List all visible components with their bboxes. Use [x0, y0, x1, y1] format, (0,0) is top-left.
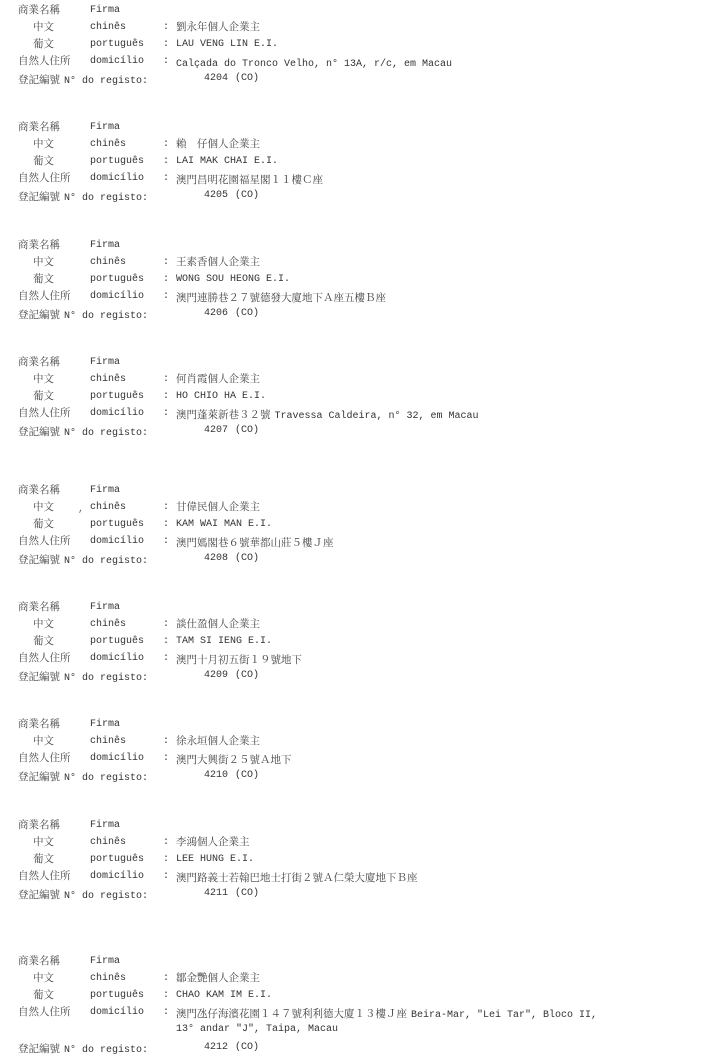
colon: : [163, 53, 169, 70]
portuguese-label-zh: 葡文 [33, 633, 54, 650]
registration-label-zh: 登記編號 [18, 74, 60, 86]
registration-label: 登記編號 N° do registo: [18, 667, 148, 687]
colon: : [163, 499, 169, 516]
colon: : [163, 371, 169, 388]
portuguese-name: KAM WAI MAN E.I. [176, 516, 272, 533]
registration-code: (CO) [235, 305, 259, 322]
chinese-name: 李鴻個人企業主 [176, 834, 250, 851]
domicile-label-pt: domicílio [90, 533, 144, 550]
registry-page: { "labels": { "firma_zh": "商業名稱", "firma… [0, 0, 711, 1057]
portuguese-label-zh: 葡文 [33, 271, 54, 288]
chinese-label-zh: 中文 [33, 499, 54, 516]
domicile-label-pt: domicílio [90, 650, 144, 667]
portuguese-label-zh: 葡文 [33, 851, 54, 868]
colon: : [163, 516, 169, 533]
portuguese-label-pt: português [90, 271, 144, 288]
portuguese-name: LEE HUNG E.I. [176, 851, 254, 868]
portuguese-label-pt: português [90, 36, 144, 53]
chinese-label-pt: chinês [90, 616, 126, 633]
registration-label-pt: N° do registo: [64, 673, 148, 684]
chinese-label-pt: chinês [90, 19, 126, 36]
domicile-pt: Beira-Mar, "Lei Tar", Bloco II, [411, 1010, 597, 1021]
registration-number: 4211 [204, 885, 228, 902]
chinese-name: 鄒金艷個人企業主 [176, 970, 260, 987]
registration-label-pt: N° do registo: [64, 311, 148, 322]
domicile-label-pt: domicílio [90, 288, 144, 305]
registration-label-zh: 登記編號 [18, 554, 60, 566]
domicile-zh: 澳門昌明花園福星閣１１樓Ｃ座 [176, 174, 323, 186]
firma-label-pt: Firma [90, 953, 120, 970]
colon: : [163, 136, 169, 153]
chinese-name: 談仕盈個人企業主 [176, 616, 260, 633]
registration-label-pt: N° do registo: [64, 1045, 148, 1056]
registration-number: 4205 [204, 187, 228, 204]
colon: : [163, 868, 169, 885]
registration-label: 登記編號 N° do registo: [18, 550, 148, 570]
colon: : [163, 533, 169, 550]
domicile-label-zh: 自然人住所 [18, 1004, 71, 1021]
firma-label-pt: Firma [90, 599, 120, 616]
chinese-label-zh: 中文 [33, 970, 54, 987]
registration-number: 4212 [204, 1039, 228, 1056]
colon: : [163, 388, 169, 405]
domicile-label-zh: 自然人住所 [18, 53, 71, 70]
chinese-name: 劉永年個人企業主 [176, 19, 260, 36]
registration-code: (CO) [235, 885, 259, 902]
registration-label-zh: 登記編號 [18, 671, 60, 683]
domicile-zh: 澳門十月初五街１９號地下 [176, 654, 302, 666]
registration-code: (CO) [235, 70, 259, 87]
chinese-label-pt: chinês [90, 136, 126, 153]
colon: : [163, 288, 169, 305]
portuguese-name: LAI MAK CHAI E.I. [176, 153, 278, 170]
firma-label-pt: Firma [90, 817, 120, 834]
colon: : [163, 851, 169, 868]
colon: : [163, 834, 169, 851]
registration-label-pt: N° do registo: [64, 891, 148, 902]
domicile-zh: 澳門媽閣巷６號華都山莊５樓Ｊ座 [176, 537, 334, 549]
chinese-name: 徐永垣個人企業主 [176, 733, 260, 750]
domicile-zh: 澳門大興街２５號Ａ地下 [176, 754, 292, 766]
registration-number: 4209 [204, 667, 228, 684]
colon: : [163, 750, 169, 767]
registration-label-zh: 登記編號 [18, 309, 60, 321]
registration-label: 登記編號 N° do registo: [18, 1039, 148, 1057]
registration-label: 登記編號 N° do registo: [18, 187, 148, 207]
chinese-label-pt: chinês [90, 499, 126, 516]
colon: : [163, 633, 169, 650]
portuguese-name: CHAO KAM IM E.I. [176, 987, 272, 1004]
domicile-label-pt: domicílio [90, 1004, 144, 1021]
registration-code: (CO) [235, 550, 259, 567]
chinese-name: 賴 仔個人企業主 [176, 136, 260, 153]
domicile-zh: 澳門蓬萊新巷３２號 [176, 409, 271, 421]
registration-number: 4207 [204, 422, 228, 439]
registration-code: (CO) [235, 187, 259, 204]
colon: : [163, 271, 169, 288]
firma-label-pt: Firma [90, 2, 120, 19]
chinese-label-zh: 中文 [33, 19, 54, 36]
domicile-label-pt: domicílio [90, 405, 144, 422]
registration-label: 登記編號 N° do registo: [18, 305, 148, 325]
colon: : [163, 36, 169, 53]
registration-number: 4210 [204, 767, 228, 784]
portuguese-label-pt: português [90, 153, 144, 170]
chinese-name: 何肖霞個人企業主 [176, 371, 260, 388]
registration-code: (CO) [235, 667, 259, 684]
portuguese-name: TAM SI IENG E.I. [176, 633, 272, 650]
portuguese-label-pt: português [90, 633, 144, 650]
chinese-label-pt: chinês [90, 371, 126, 388]
colon: : [163, 254, 169, 271]
firma-label-zh: 商業名稱 [18, 953, 60, 970]
registration-label-pt: N° do registo: [64, 773, 148, 784]
colon: : [163, 19, 169, 36]
registration-label-zh: 登記編號 [18, 191, 60, 203]
domicile-value-line2: 13° andar "J", Taipa, Macau [176, 1021, 338, 1038]
domicile-label-zh: 自然人住所 [18, 750, 71, 767]
firma-label-pt: Firma [90, 119, 120, 136]
domicile-label-zh: 自然人住所 [18, 650, 71, 667]
firma-label-zh: 商業名稱 [18, 237, 60, 254]
chinese-label-pt: chinês [90, 733, 126, 750]
firma-label-pt: Firma [90, 482, 120, 499]
colon: : [163, 733, 169, 750]
registration-label: 登記編號 N° do registo: [18, 885, 148, 905]
firma-label-zh: 商業名稱 [18, 716, 60, 733]
portuguese-name: WONG SOU HEONG E.I. [176, 271, 290, 288]
registration-code: (CO) [235, 422, 259, 439]
colon: : [163, 987, 169, 1004]
chinese-label-zh: 中文 [33, 834, 54, 851]
chinese-label-pt: chinês [90, 970, 126, 987]
portuguese-label-pt: português [90, 851, 144, 868]
chinese-label-zh: 中文 [33, 136, 54, 153]
registration-label-pt: N° do registo: [64, 76, 148, 87]
registration-code: (CO) [235, 1039, 259, 1056]
chinese-label-zh: 中文 [33, 371, 54, 388]
portuguese-label-zh: 葡文 [33, 36, 54, 53]
firma-label-zh: 商業名稱 [18, 599, 60, 616]
firma-label-pt: Firma [90, 237, 120, 254]
domicile-zh: 澳門氹仔海濱花園１４７號利利德大廈１３樓Ｊ座 [176, 1008, 407, 1020]
chinese-label-zh: 中文 [33, 733, 54, 750]
registration-label-zh: 登記編號 [18, 771, 60, 783]
domicile-pt: Calçada do Tronco Velho, n° 13A, r/c, em… [176, 59, 452, 70]
chinese-label-zh: 中文 [33, 616, 54, 633]
registration-label-pt: N° do registo: [64, 193, 148, 204]
chinese-name: 甘偉民個人企業主 [176, 499, 260, 516]
registration-label: 登記編號 N° do registo: [18, 422, 148, 442]
registration-label: 登記編號 N° do registo: [18, 70, 148, 90]
chinese-label-pt: chinês [90, 254, 126, 271]
colon: : [163, 616, 169, 633]
portuguese-name: LAU VENG LIN E.I. [176, 36, 278, 53]
portuguese-label-zh: 葡文 [33, 388, 54, 405]
domicile-label-pt: domicílio [90, 53, 144, 70]
registration-label-pt: N° do registo: [64, 428, 148, 439]
registration-label-zh: 登記編號 [18, 889, 60, 901]
domicile-label-zh: 自然人住所 [18, 405, 71, 422]
colon: : [163, 650, 169, 667]
registration-number: 4206 [204, 305, 228, 322]
firma-label-zh: 商業名稱 [18, 817, 60, 834]
colon: : [163, 405, 169, 422]
portuguese-label-zh: 葡文 [33, 516, 54, 533]
portuguese-label-pt: português [90, 388, 144, 405]
firma-label-zh: 商業名稱 [18, 482, 60, 499]
domicile-zh: 澳門路義士若翰巴地士打街２號Ａ仁榮大廈地下Ｂ座 [176, 872, 418, 884]
portuguese-label-zh: 葡文 [33, 153, 54, 170]
portuguese-label-pt: português [90, 987, 144, 1004]
firma-label-zh: 商業名稱 [18, 119, 60, 136]
colon: : [163, 170, 169, 187]
domicile-zh: 澳門連勝巷２７號德發大廈地下Ａ座五樓Ｂ座 [176, 292, 386, 304]
registration-label-pt: N° do registo: [64, 556, 148, 567]
colon: : [163, 1004, 169, 1021]
domicile-label-zh: 自然人住所 [18, 868, 71, 885]
registration-number: 4208 [204, 550, 228, 567]
registration-label-zh: 登記編號 [18, 426, 60, 438]
domicile-label-zh: 自然人住所 [18, 288, 71, 305]
domicile-pt: Travessa Caldeira, n° 32, em Macau [275, 411, 479, 422]
registration-label: 登記編號 N° do registo: [18, 767, 148, 787]
registration-label-zh: 登記編號 [18, 1043, 60, 1055]
domicile-label-zh: 自然人住所 [18, 170, 71, 187]
registration-number: 4204 [204, 70, 228, 87]
firma-label-zh: 商業名稱 [18, 354, 60, 371]
registration-code: (CO) [235, 767, 259, 784]
domicile-label-pt: domicílio [90, 750, 144, 767]
portuguese-label-zh: 葡文 [33, 987, 54, 1004]
chinese-label-zh: 中文 [33, 254, 54, 271]
firma-label-pt: Firma [90, 716, 120, 733]
chinese-label-pt: chinês [90, 834, 126, 851]
domicile-label-pt: domicílio [90, 170, 144, 187]
firma-label-zh: 商業名稱 [18, 2, 60, 19]
colon: : [163, 970, 169, 987]
portuguese-label-pt: português [90, 516, 144, 533]
chinese-name: 王素香個人企業主 [176, 254, 260, 271]
firma-label-pt: Firma [90, 354, 120, 371]
domicile-label-zh: 自然人住所 [18, 533, 71, 550]
domicile-label-pt: domicílio [90, 868, 144, 885]
colon: : [163, 153, 169, 170]
portuguese-name: HO CHIO HA E.I. [176, 388, 266, 405]
